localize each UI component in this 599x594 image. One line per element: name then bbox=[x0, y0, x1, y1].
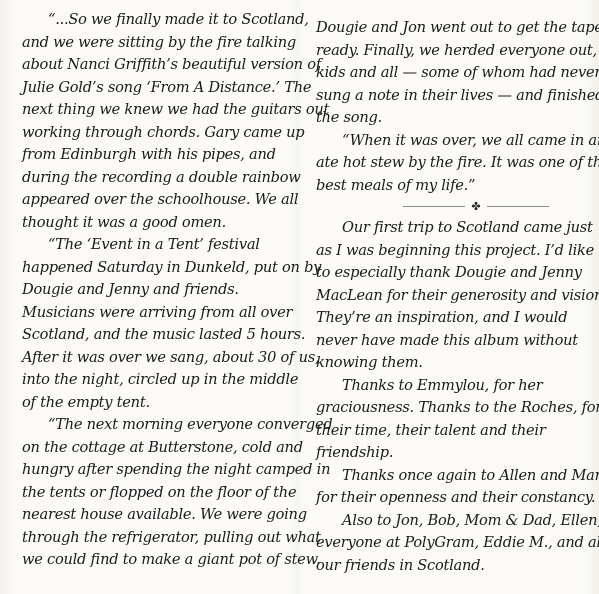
left-column: “...So we finally made it to Scotland, a… bbox=[22, 9, 292, 572]
text-line: from Edinburgh with his pipes, and bbox=[22, 144, 292, 167]
text-line: After it was over we sang, about 30 of u… bbox=[22, 347, 292, 370]
text-line: our friends in Scotland. bbox=[316, 555, 588, 578]
fleuron-icon: ✤ bbox=[471, 201, 480, 212]
text-line: to especially thank Dougie and Jenny bbox=[316, 262, 588, 285]
text-line: Musicians were arriving from all over bbox=[22, 302, 292, 325]
text-line: into the night, circled up in the middle bbox=[22, 369, 292, 392]
text-line: “...So we finally made it to Scotland, bbox=[22, 9, 292, 32]
text-line: ready. Finally, we herded everyone out, bbox=[316, 40, 588, 63]
text-line: the song. bbox=[316, 107, 588, 130]
text-line: nearest house available. We were going bbox=[22, 504, 292, 527]
text-line: friendship. bbox=[316, 442, 588, 465]
text-line: Julie Gold’s song ‘From A Distance.’ The bbox=[22, 77, 292, 100]
text-line: working through chords. Gary came up bbox=[22, 122, 292, 145]
text-line: through the refrigerator, pulling out wh… bbox=[22, 527, 292, 550]
text-line: during the recording a double rainbow bbox=[22, 167, 292, 190]
text-line: Dougie and Jenny and friends. bbox=[22, 279, 292, 302]
text-line: about Nanci Griffith’s beautiful version… bbox=[22, 54, 292, 77]
text-line: Dougie and Jon went out to get the tape bbox=[316, 17, 588, 40]
text-line: everyone at PolyGram, Eddie M., and all bbox=[316, 532, 588, 555]
text-line: as I was beginning this project. I’d lik… bbox=[316, 240, 588, 263]
divider-rule-left bbox=[403, 206, 465, 207]
text-line: They’re an inspiration, and I would bbox=[316, 307, 588, 330]
text-line: for their openness and their constancy. bbox=[316, 487, 588, 510]
text-line: “The ‘Event in a Tent’ festival bbox=[22, 234, 292, 257]
text-line: of the empty tent. bbox=[22, 392, 292, 415]
text-line: Thanks to Emmylou, for her bbox=[316, 375, 588, 398]
text-line: Scotland, and the music lasted 5 hours. bbox=[22, 324, 292, 347]
section-divider: ✤ bbox=[376, 199, 576, 213]
text-line: “When it was over, we all came in and bbox=[316, 130, 588, 153]
text-line: on the cottage at Butterstone, cold and bbox=[22, 437, 292, 460]
text-line: knowing them. bbox=[316, 352, 588, 375]
divider-rule-right bbox=[487, 206, 549, 207]
text-line: Thanks once again to Allen and Mark, bbox=[316, 465, 588, 488]
text-line: “The next morning everyone converged bbox=[22, 414, 292, 437]
text-line: we could find to make a giant pot of ste… bbox=[22, 549, 292, 572]
text-line: happened Saturday in Dunkeld, put on by bbox=[22, 257, 292, 280]
text-line: thought it was a good omen. bbox=[22, 212, 292, 235]
liner-notes-page: “...So we finally made it to Scotland, a… bbox=[0, 0, 599, 594]
text-line: and we were sitting by the fire talking bbox=[22, 32, 292, 55]
text-line: next thing we knew we had the guitars ou… bbox=[22, 99, 292, 122]
text-line: MacLean for their generosity and vision. bbox=[316, 285, 588, 308]
text-line: kids and all — some of whom had never bbox=[316, 62, 588, 85]
right-column: Dougie and Jon went out to get the tape … bbox=[316, 17, 588, 577]
text-line: the tents or flopped on the floor of the bbox=[22, 482, 292, 505]
text-line: graciousness. Thanks to the Roches, for bbox=[316, 397, 588, 420]
text-line: never have made this album without bbox=[316, 330, 588, 353]
text-line: hungry after spending the night camped i… bbox=[22, 459, 292, 482]
text-line: Our first trip to Scotland came just bbox=[316, 217, 588, 240]
text-line: their time, their talent and their bbox=[316, 420, 588, 443]
text-line: appeared over the schoolhouse. We all bbox=[22, 189, 292, 212]
text-line: ate hot stew by the fire. It was one of … bbox=[316, 152, 588, 175]
text-line: sung a note in their lives — and finishe… bbox=[316, 85, 588, 108]
text-line: best meals of my life.” bbox=[316, 175, 588, 198]
text-line: Also to Jon, Bob, Mom & Dad, Ellen, bbox=[316, 510, 588, 533]
